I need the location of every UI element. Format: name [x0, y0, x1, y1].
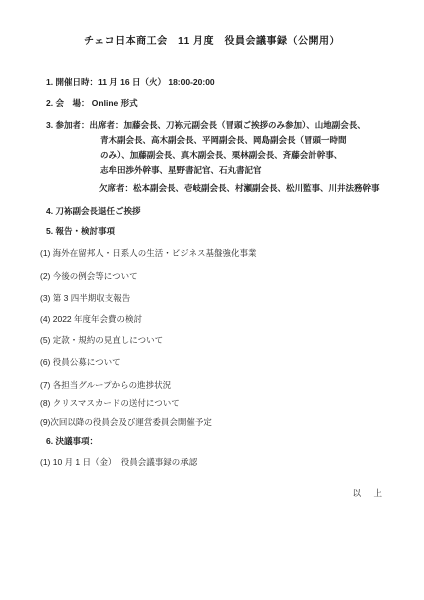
- agenda-item-2: (2) 今後の例会等について: [40, 271, 138, 282]
- agenda-item-7: (7) 各担当グループからの進捗状況: [40, 380, 171, 391]
- report-heading: 5. 報告・検討事項: [46, 226, 115, 237]
- attendees-line-2: 青木副会長、高木副会長、平岡副会長、岡島副会長（冒頭一時間: [100, 135, 347, 146]
- agenda-item-1: (1) 海外在留邦人・日系人の生活・ビジネス基盤強化事業: [40, 248, 257, 259]
- resolution-heading: 6. 決議事項：: [46, 436, 98, 447]
- agenda-item-6: (6) 役員公募について: [40, 357, 121, 368]
- absentees-line: 欠席者：松本副会長、壱岐副会長、村瀬副会長、松川監事、川井法務幹事: [99, 183, 380, 194]
- closing-mark: 以 上: [352, 488, 384, 499]
- agenda-item-8: (8) クリスマスカードの送付について: [40, 398, 180, 409]
- meeting-date-line: 1. 開催日時：11 月 16 日（火） 18:00-20:00: [46, 77, 215, 88]
- document-title: チェコ日本商工会 11 月度 役員会議事録（公開用）: [0, 36, 424, 47]
- farewell-line: 4. 刀袮副会長退任ご挨拶: [46, 206, 140, 217]
- agenda-item-4: (4) 2022 年度年会費の検討: [40, 314, 142, 325]
- agenda-item-5: (5) 定款・規約の見直しについて: [40, 335, 163, 346]
- venue-line: 2. 会 場： Online 形式: [46, 98, 138, 109]
- attendees-line-1: 3. 参加者：出席者：加藤会長、刀袮元副会長（冒頭ご挨拶のみ参加）、山地副会長、: [46, 120, 366, 131]
- agenda-item-9: (9)次回以降の役員会及び運営委員会開催予定: [40, 417, 212, 428]
- resolution-item: (1) 10 月 1 日（金） 役員会議事録の承認: [40, 457, 197, 468]
- agenda-item-3: (3) 第 3 四半期収支報告: [40, 293, 130, 304]
- document-page: チェコ日本商工会 11 月度 役員会議事録（公開用） 1. 開催日時：11 月 …: [0, 0, 424, 600]
- attendees-line-4: 志牟田渉外幹事、星野書記官、石丸書記官: [100, 165, 262, 176]
- attendees-line-3: のみ）、加藤副会長、真木副会長、栗林副会長、斉藤会計幹事、: [100, 150, 342, 161]
